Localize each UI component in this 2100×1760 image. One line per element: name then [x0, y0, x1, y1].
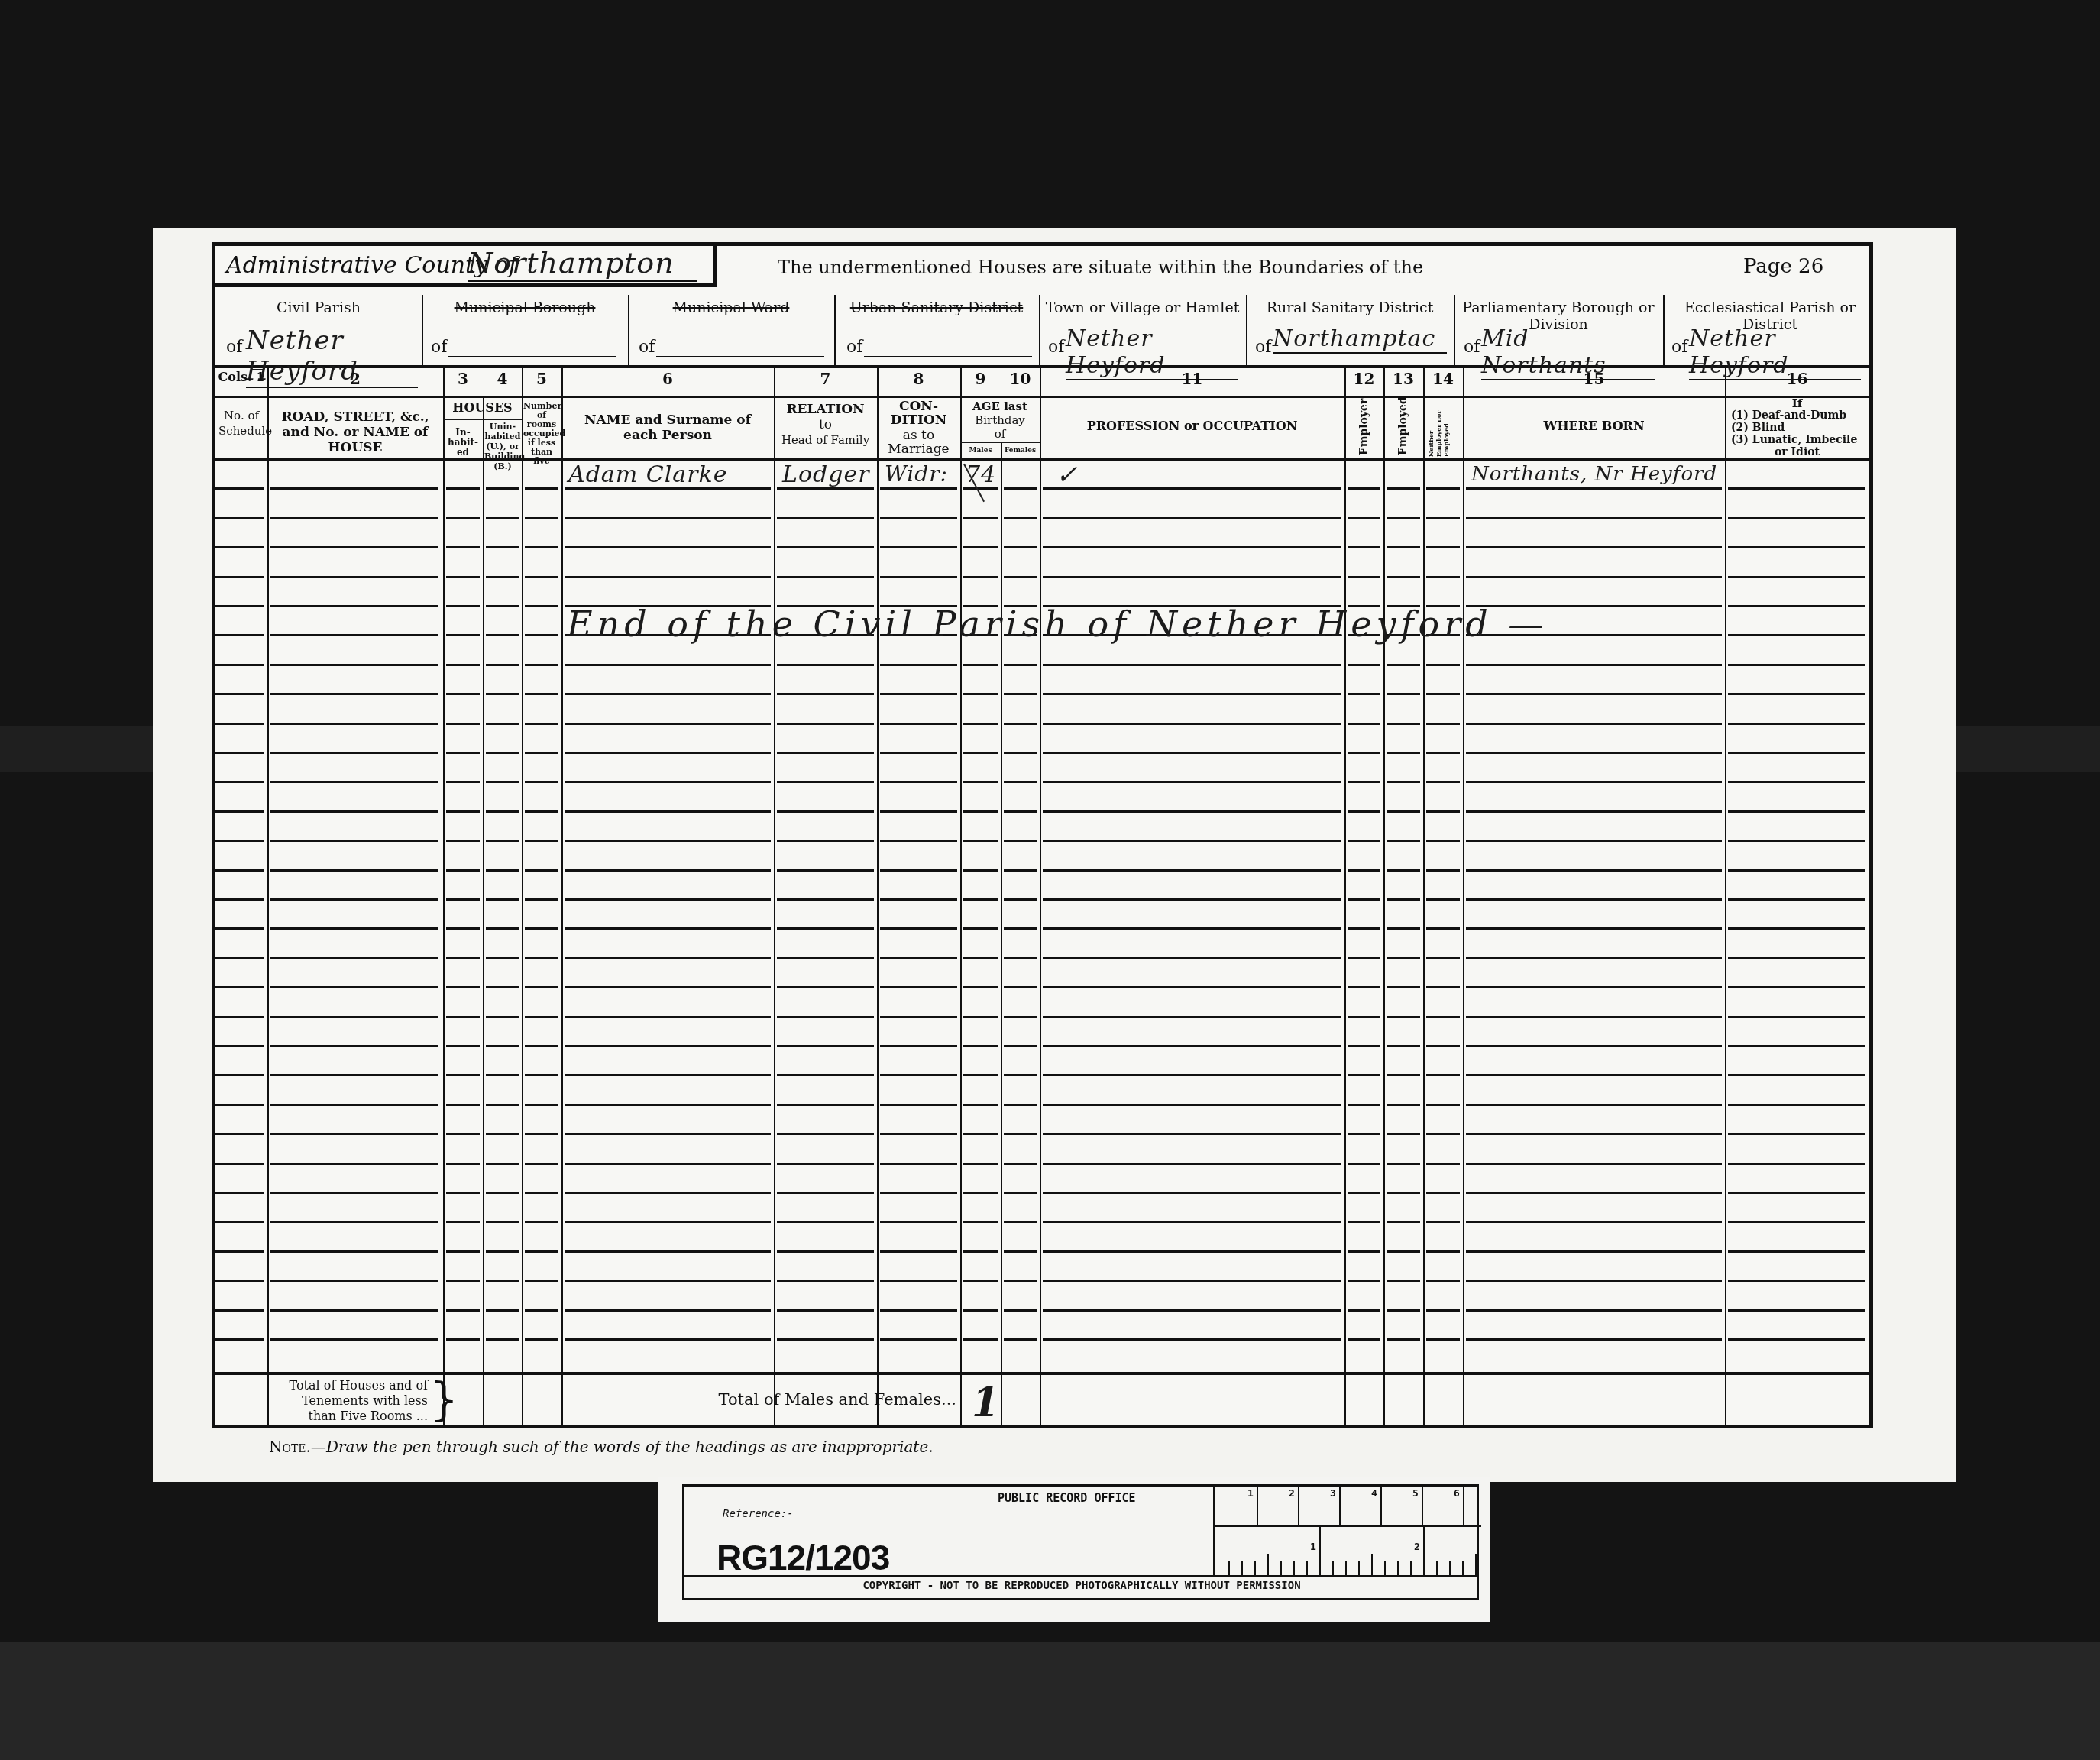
row-rule [565, 546, 771, 548]
row-rule [215, 634, 264, 636]
total-row-divider [215, 1372, 1869, 1375]
row-rule [565, 1309, 771, 1312]
row-rule [1466, 810, 1722, 813]
row-rule [565, 1280, 771, 1282]
column-line [1383, 365, 1385, 1428]
row-rule [525, 1280, 558, 1282]
row-rule [1426, 576, 1460, 578]
row-rule [446, 576, 480, 578]
row-rule [1426, 1250, 1460, 1253]
row-rule [880, 840, 957, 842]
row-rule [270, 810, 438, 813]
scale-ruler: 123456 12 [1213, 1487, 1481, 1575]
inch-tick [1332, 1561, 1334, 1575]
row-rule [963, 1074, 998, 1076]
row-rule [963, 752, 998, 754]
row-rule [1348, 986, 1380, 988]
row-rule [1004, 1016, 1037, 1018]
row-rule [270, 1133, 438, 1135]
colnum-11: 11 [1040, 370, 1344, 388]
row-rule [486, 693, 519, 695]
row-rule [1728, 869, 1865, 872]
row-rule [777, 898, 874, 901]
row-rule [880, 752, 957, 754]
division-line [1663, 295, 1665, 365]
slip-reference: RG12/1203 [717, 1537, 889, 1578]
row-rule [446, 1192, 480, 1194]
heading-neither: Neither Employer nor Employed [1427, 400, 1459, 457]
row-rule [525, 576, 558, 578]
heading-condition-c: as to [877, 428, 960, 443]
row-rule [525, 1309, 558, 1312]
row-rule [486, 986, 519, 988]
heading-condition-b: DITION [877, 412, 960, 428]
row-rule [1004, 1192, 1037, 1194]
row-rule [1466, 487, 1722, 490]
heading-age-b: Birthday [960, 412, 1040, 428]
row-rule [1466, 986, 1722, 988]
row-rule [880, 723, 957, 725]
row-rule [486, 810, 519, 813]
row-rule [1387, 1163, 1420, 1165]
row-rule [1043, 927, 1341, 930]
row-rule [777, 869, 874, 872]
row-rule [215, 487, 264, 490]
row-rule [446, 1016, 480, 1018]
heading-uninhabited: Unin-habited (U.), or Building (B.) [484, 422, 521, 471]
row-rule [565, 898, 771, 901]
row-rule [880, 1250, 957, 1253]
row-rule [1004, 1221, 1037, 1223]
row-rule [486, 1163, 519, 1165]
row-rule [880, 1280, 957, 1282]
row-rule [1387, 1045, 1420, 1047]
row-rule [1466, 1192, 1722, 1194]
row-rule [880, 1221, 957, 1223]
row-rule [565, 517, 771, 519]
row-rule [880, 664, 957, 666]
row-rule [1387, 810, 1420, 813]
row-rule [1348, 723, 1380, 725]
row-rule [880, 1163, 957, 1165]
row-rule [565, 869, 771, 872]
inch-label: 2 [1414, 1542, 1420, 1553]
row-rule [1426, 723, 1460, 725]
row-rule [270, 1074, 438, 1076]
row-rule [1004, 927, 1037, 930]
row-rule [1728, 576, 1865, 578]
row-rule [446, 986, 480, 988]
row-rule [1426, 1074, 1460, 1076]
row-rule [1466, 1163, 1722, 1165]
row-rule [1004, 752, 1037, 754]
row-rule [1728, 487, 1865, 490]
blank-line [656, 356, 824, 357]
row-rule [1466, 1250, 1722, 1253]
inch-tick [1462, 1561, 1464, 1575]
row-rule [1387, 576, 1420, 578]
row-rule [565, 986, 771, 988]
row-rule [525, 1250, 558, 1253]
row-rule [1728, 693, 1865, 695]
note: Note.—Draw the pen through such of the w… [269, 1438, 934, 1456]
row-rule [777, 1016, 874, 1018]
row-rule [525, 752, 558, 754]
row-rule [880, 517, 957, 519]
row-rule [1348, 1221, 1380, 1223]
row-rule [525, 869, 558, 872]
inch-tick [1241, 1561, 1243, 1575]
row-rule [1387, 517, 1420, 519]
row-rule [1426, 664, 1460, 666]
row-rule [1043, 1309, 1341, 1312]
row-rule [486, 1192, 519, 1194]
heading-infirmity-a: If [1725, 397, 1869, 409]
row-rule [880, 810, 957, 813]
row-rule [1004, 1338, 1037, 1341]
row-rule [1043, 517, 1341, 519]
row-rule [1426, 752, 1460, 754]
row-rule [525, 957, 558, 959]
row-rule [446, 693, 480, 695]
row-rule [1728, 752, 1865, 754]
row-rule [486, 546, 519, 548]
row-rule [963, 723, 998, 725]
row-rule [880, 1104, 957, 1106]
inch-tick [1293, 1561, 1295, 1575]
houses-subdivider [443, 419, 522, 420]
row-rule [1387, 898, 1420, 901]
row-rule [1348, 1074, 1380, 1076]
of-prefix: of [1048, 338, 1064, 357]
row-rule [1426, 517, 1460, 519]
row-rule [1466, 517, 1722, 519]
row-rule [777, 576, 874, 578]
row-rule [270, 576, 438, 578]
row-rule [1426, 986, 1460, 988]
row-rule [963, 810, 998, 813]
row-rule [446, 752, 480, 754]
inch-tick [1319, 1526, 1321, 1575]
row-rule [1466, 898, 1722, 901]
cm-tick [1257, 1487, 1258, 1525]
division-rural-sanitary-label: Rural Sanitary District [1246, 299, 1454, 316]
row-rule [1348, 487, 1380, 490]
heading-infirmity-d: (3) Lunatic, Imbecile [1731, 434, 1857, 446]
heading-employed: Employed [1397, 402, 1409, 455]
row-rule [525, 1338, 558, 1341]
page-number: Page 26 [1743, 255, 1823, 278]
row-rule [565, 693, 771, 695]
row-rule [1348, 927, 1380, 930]
row-rule [777, 927, 874, 930]
row-rule [1004, 1163, 1037, 1165]
row-rule [963, 781, 998, 783]
row-rule [1426, 869, 1460, 872]
row-rule [1043, 1133, 1341, 1135]
row-rule [215, 781, 264, 783]
row-rule [1466, 723, 1722, 725]
heading-relation-c: Head of Family [774, 432, 877, 448]
row-rule [1348, 1192, 1380, 1194]
row-rule [1387, 927, 1420, 930]
row-rule [880, 986, 957, 988]
row-rule [1004, 487, 1037, 490]
heading-males: Males [960, 446, 1001, 456]
row-rule [525, 546, 558, 548]
cm-tick [1422, 1487, 1423, 1525]
row-rule [1466, 957, 1722, 959]
heading-inhabited: In-habit-ed [445, 428, 481, 458]
row-rule [963, 986, 998, 988]
row-rule [963, 840, 998, 842]
row-rule [963, 869, 998, 872]
row-rule [525, 1016, 558, 1018]
row-rule [880, 927, 957, 930]
row-rule [446, 840, 480, 842]
row-rule [1426, 1163, 1460, 1165]
row-rule [270, 1309, 438, 1312]
row-rule [215, 1104, 264, 1106]
row-rule [1387, 986, 1420, 988]
inch-tick [1358, 1561, 1360, 1575]
row-rule [270, 957, 438, 959]
column-line [1344, 365, 1346, 1428]
row-rule [1348, 517, 1380, 519]
row-rule [1426, 1221, 1460, 1223]
row-rule [525, 487, 558, 490]
row-rule [1728, 1045, 1865, 1047]
row-rule [215, 1338, 264, 1341]
row-rule [565, 810, 771, 813]
row-rule [1043, 723, 1341, 725]
row-rule [1426, 1280, 1460, 1282]
row-rule [963, 664, 998, 666]
row-rule [1426, 1133, 1460, 1135]
row-rule [270, 517, 438, 519]
row-rule [1348, 546, 1380, 548]
row-rule [270, 487, 438, 490]
heading-infirmity-c: (2) Blind [1731, 422, 1785, 434]
row-rule [880, 1016, 957, 1018]
boundaries-text: The undermentioned Houses are situate wi… [778, 257, 1423, 278]
cm-label: 5 [1412, 1488, 1419, 1500]
column-line [1725, 365, 1726, 1428]
row-rule [1387, 869, 1420, 872]
heading-address: ROAD, STREET, &c., and No. or NAME of HO… [272, 409, 438, 455]
row-rule [486, 840, 519, 842]
row-rule [270, 1163, 438, 1165]
entry-relation: Lodger [782, 461, 870, 488]
row-rule [1426, 546, 1460, 548]
row-rule [1387, 693, 1420, 695]
row-rule [270, 1280, 438, 1282]
inch-tick [1410, 1561, 1412, 1575]
row-rule [1348, 1104, 1380, 1106]
row-rule [1348, 1016, 1380, 1018]
row-rule [1426, 898, 1460, 901]
row-rule [1728, 605, 1865, 607]
row-rule [963, 693, 998, 695]
row-rule [1426, 487, 1460, 490]
of-prefix: of [1255, 338, 1271, 357]
row-rule [1004, 664, 1037, 666]
column-line [960, 365, 962, 1428]
row-rule [1043, 781, 1341, 783]
row-rule [486, 869, 519, 872]
census-form: Administrative County of Northampton The… [212, 242, 1873, 1428]
row-rule [777, 1192, 874, 1194]
end-of-parish-annotation: End of the Civil Parish of Nether Heyfor… [567, 603, 1548, 645]
row-rule [270, 1338, 438, 1341]
row-rule [1466, 1280, 1722, 1282]
row-rule [486, 1250, 519, 1253]
row-rule [1466, 1221, 1722, 1223]
row-rule [777, 546, 874, 548]
row-rule [525, 927, 558, 930]
row-rule [963, 1250, 998, 1253]
row-rule [963, 1133, 998, 1135]
row-rule [963, 1280, 998, 1282]
row-rule [1004, 693, 1037, 695]
row-rule [486, 487, 519, 490]
heading-condition-d: Marriage [877, 442, 960, 457]
total-persons-label: Total of Males and Females... [628, 1390, 956, 1409]
row-rule [1348, 664, 1380, 666]
row-rule [880, 487, 957, 490]
row-rule [1387, 1250, 1420, 1253]
row-rule [1426, 781, 1460, 783]
row-rule [1043, 1104, 1341, 1106]
row-rule [1043, 1074, 1341, 1076]
row-rule [1043, 1250, 1341, 1253]
heading-schedule: No. of Schedule [218, 408, 264, 438]
row-rule [1426, 810, 1460, 813]
blank-line [448, 356, 616, 357]
heading-where-born: WHERE BORN [1463, 419, 1725, 434]
row-rule [446, 927, 480, 930]
inch-tick [1267, 1554, 1269, 1575]
row-rule [565, 752, 771, 754]
row-rule [1466, 1309, 1722, 1312]
row-rule [1728, 1192, 1865, 1194]
row-rule [963, 517, 998, 519]
division-line [1454, 295, 1455, 365]
row-rule [1426, 1192, 1460, 1194]
row-rule [270, 986, 438, 988]
colnum-12: 12 [1344, 370, 1383, 388]
row-rule [963, 1016, 998, 1018]
row-rule [777, 1074, 874, 1076]
row-rule [215, 810, 264, 813]
row-rule [777, 1280, 874, 1282]
row-rule [1348, 869, 1380, 872]
inch-tick [1397, 1561, 1399, 1575]
row-rule [1387, 840, 1420, 842]
row-rule [1004, 810, 1037, 813]
cm-label: 1 [1247, 1488, 1254, 1500]
row-rule [1004, 1045, 1037, 1047]
row-rule [963, 1221, 998, 1223]
note-lead: Note. [269, 1438, 311, 1456]
row-rule [270, 1016, 438, 1018]
row-rule [486, 752, 519, 754]
row-rule [777, 1163, 874, 1165]
row-rule [963, 1338, 998, 1341]
row-rule [215, 1016, 264, 1018]
row-rule [777, 1338, 874, 1341]
slip-copyright-divider [684, 1575, 1479, 1577]
row-rule [565, 664, 771, 666]
cm-tick [1380, 1487, 1382, 1525]
colnum-2: 2 [267, 370, 443, 388]
row-rule [963, 1192, 998, 1194]
column-line [877, 365, 879, 1428]
ruler-divider [1215, 1525, 1481, 1527]
row-rule [1728, 517, 1865, 519]
inch-tick [1436, 1561, 1438, 1575]
colnum-10: 10 [1001, 370, 1040, 388]
row-rule [1728, 546, 1865, 548]
row-rule [1728, 1104, 1865, 1106]
column-line [522, 365, 523, 1428]
column-line [1040, 365, 1041, 1428]
inch-tick [1345, 1561, 1347, 1575]
row-rule [963, 546, 998, 548]
colnum-8: 8 [877, 370, 960, 388]
row-rule [215, 898, 264, 901]
row-rule [446, 634, 480, 636]
heading-houses: HOUSES [443, 400, 522, 416]
total-houses-label-2: Tenements with less [277, 1393, 428, 1408]
row-rule [1043, 546, 1341, 548]
brace-icon: } [429, 1375, 458, 1424]
row-rule [525, 810, 558, 813]
of-prefix: of [639, 338, 655, 357]
row-rule [565, 927, 771, 930]
row-rule [880, 1192, 957, 1194]
cm-tick [1463, 1487, 1464, 1525]
row-rule [1043, 840, 1341, 842]
colnum-15: 15 [1463, 370, 1725, 388]
row-rule [486, 1074, 519, 1076]
row-rule [963, 1045, 998, 1047]
age-subdivider [960, 442, 1040, 443]
row-rule [1348, 781, 1380, 783]
row-rule [1043, 810, 1341, 813]
colnum-4: 4 [483, 370, 522, 388]
row-rule [963, 1163, 998, 1165]
row-rule [1348, 693, 1380, 695]
row-rule [1728, 1133, 1865, 1135]
inch-tick [1423, 1526, 1425, 1575]
row-rule [1466, 1133, 1722, 1135]
row-rule [1728, 664, 1865, 666]
row-rule [1043, 576, 1341, 578]
row-rule [1004, 723, 1037, 725]
row-rule [1426, 840, 1460, 842]
row-rule [963, 576, 998, 578]
entry-condition: Widr: [885, 461, 948, 487]
row-rule [1004, 1104, 1037, 1106]
row-rule [446, 810, 480, 813]
column-line [1463, 365, 1464, 1428]
row-rule [215, 693, 264, 695]
row-rule [777, 723, 874, 725]
row-rule [215, 752, 264, 754]
row-rule [446, 1280, 480, 1282]
row-rule [1387, 1280, 1420, 1282]
